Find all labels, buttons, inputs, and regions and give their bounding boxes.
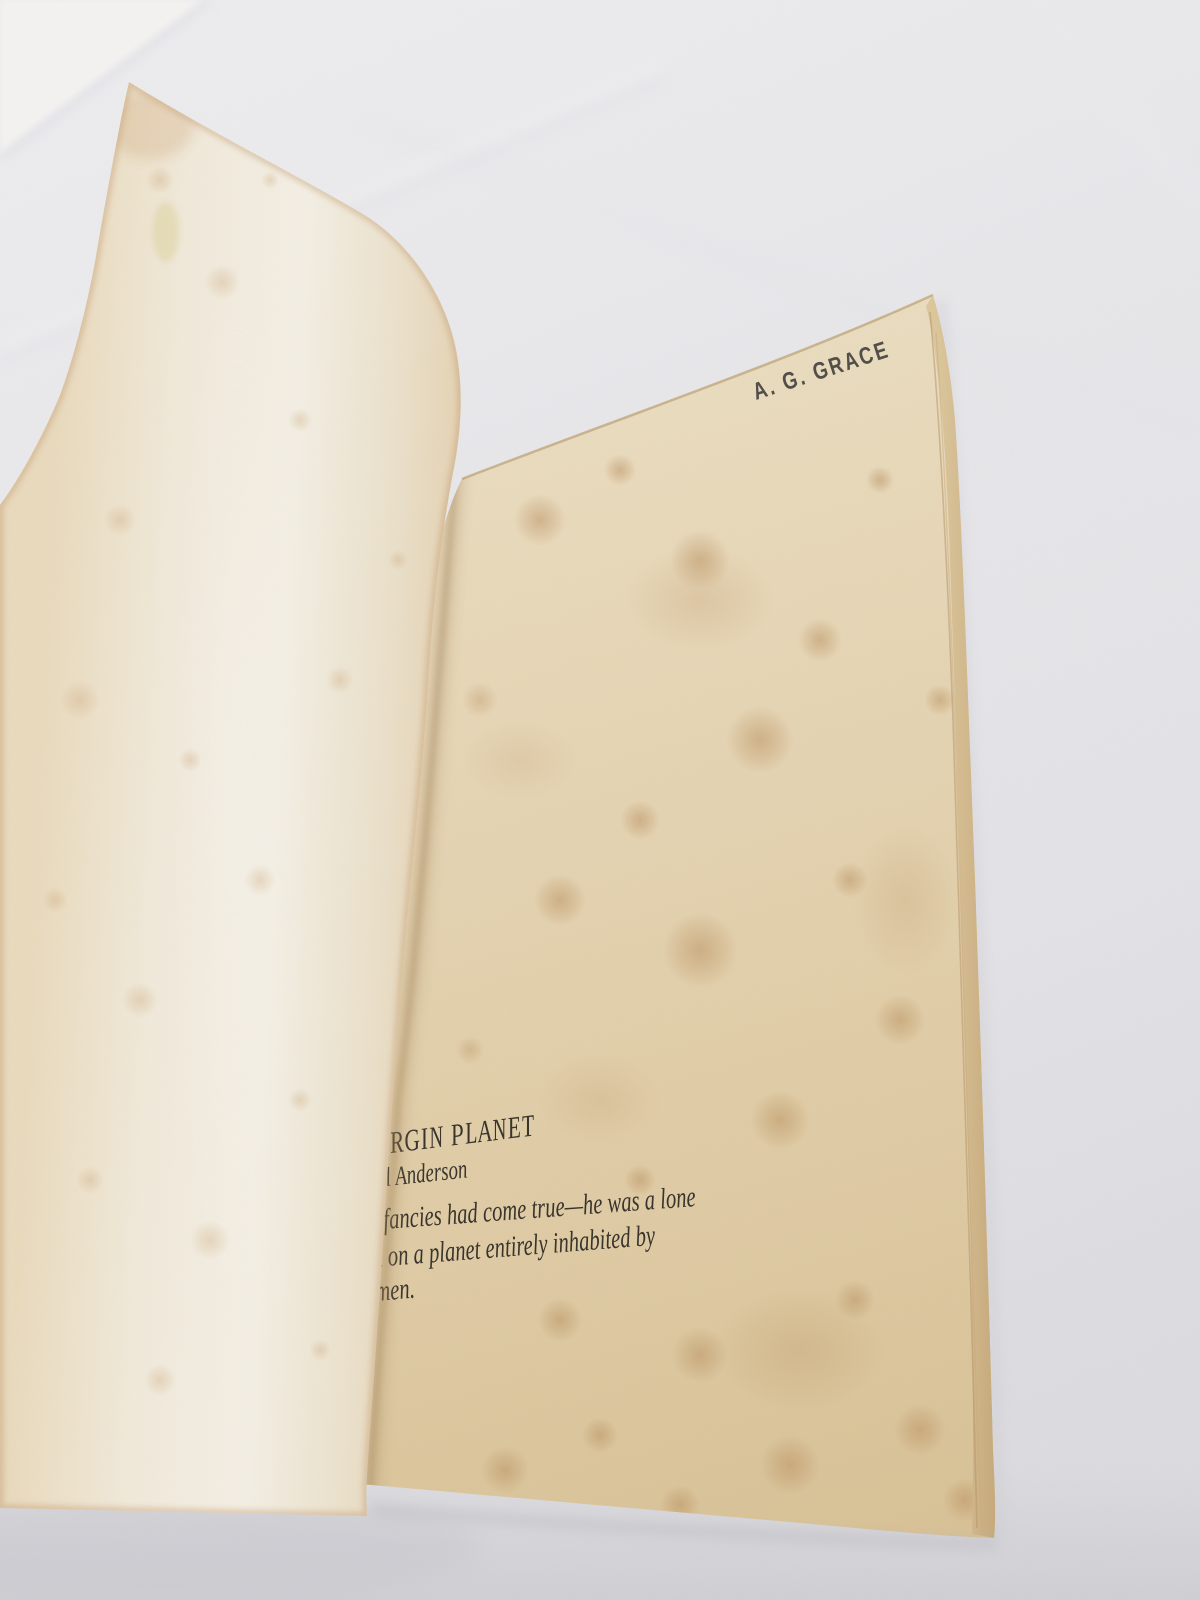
book-photo-scene: A. G. GRACE RGIN PLANET ul Anderson fanc… <box>0 0 1200 1600</box>
photo-grain-overlay <box>0 0 1200 1600</box>
book-photo: A. G. GRACE RGIN PLANET ul Anderson fanc… <box>0 0 1200 1600</box>
